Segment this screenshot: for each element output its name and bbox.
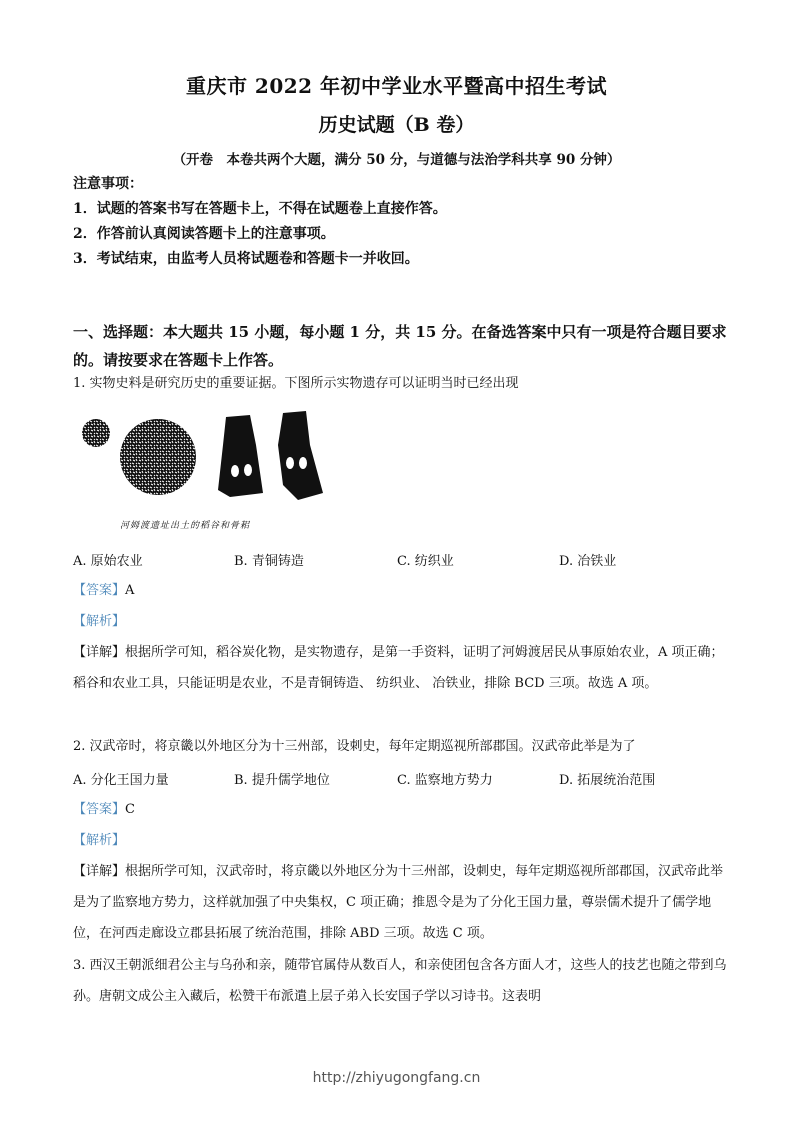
option-b: B. 青铜铸造 bbox=[234, 550, 304, 569]
question-1-figure: 河姆渡遗址出土的稻谷和骨耜 bbox=[78, 405, 348, 535]
option-c: C. 纺织业 bbox=[397, 550, 454, 569]
detail-text: 根据所学可知，汉武帝时，将京畿以外地区分为十三州部，设刺史，每年定期巡视所部郡国… bbox=[73, 864, 723, 941]
option-b: B. 提升儒学地位 bbox=[234, 769, 330, 788]
question-1-answer: 【答案】A bbox=[73, 575, 735, 606]
option-a: A. 分化王国力量 bbox=[73, 769, 169, 788]
detail-label: 【详解】 bbox=[73, 645, 125, 660]
answer-label: 【答案】 bbox=[73, 583, 125, 598]
exam-note: （开卷 本卷共两个大题，满分 50 分，与道德与法治学科共享 90 分钟） bbox=[0, 148, 793, 168]
analysis-label: 【解析】 bbox=[73, 614, 125, 629]
option-d: D. 冶铁业 bbox=[559, 550, 616, 569]
answer-value: A bbox=[125, 583, 134, 598]
rice-and-bone-tools-image bbox=[78, 405, 348, 515]
question-3-stem: 3. 西汉王朝派细君公主与乌孙和亲，随带官属侍从数百人，和亲使团包含各方面人才，… bbox=[73, 950, 735, 1012]
section-heading: 一、选择题：本大题共 15 小题，每小题 1 分，共 15 分。在备选答案中只有… bbox=[73, 318, 733, 374]
detail-label: 【详解】 bbox=[73, 864, 125, 879]
question-1-detail: 【详解】根据所学可知，稻谷炭化物，是实物遗存，是第一手资料，证明了河姆渡居民从事… bbox=[73, 637, 735, 699]
question-1-analysis-label: 【解析】 bbox=[73, 606, 735, 637]
footer-url: http://zhiyugongfang.cn bbox=[0, 1070, 793, 1086]
notice-item: 3．考试结束，由监考人员将试题卷和答题卡一并收回。 bbox=[73, 247, 447, 272]
notice-item: 1．试题的答案书写在答题卡上，不得在试题卷上直接作答。 bbox=[73, 197, 447, 222]
analysis-label: 【解析】 bbox=[73, 833, 125, 848]
option-a: A. 原始农业 bbox=[73, 550, 143, 569]
answer-label: 【答案】 bbox=[73, 802, 125, 817]
question-2-stem: 2. 汉武帝时，将京畿以外地区分为十三州部，设刺史，每年定期巡视所部郡国。汉武帝… bbox=[73, 731, 735, 762]
option-d: D. 拓展统治范围 bbox=[559, 769, 655, 788]
exam-title: 重庆市 2022 年初中学业水平暨高中招生考试 bbox=[0, 70, 793, 99]
notices-heading: 注意事项： bbox=[73, 172, 447, 197]
answer-value: C bbox=[125, 802, 135, 817]
option-c: C. 监察地方势力 bbox=[397, 769, 493, 788]
question-1-stem: 1. 实物史料是研究历史的重要证据。下图所示实物遗存可以证明当时已经出现 bbox=[73, 368, 735, 399]
exam-subtitle: 历史试题（B 卷） bbox=[0, 110, 793, 137]
question-2-detail: 【详解】根据所学可知，汉武帝时，将京畿以外地区分为十三州部，设刺史，每年定期巡视… bbox=[73, 856, 735, 949]
question-2-analysis-label: 【解析】 bbox=[73, 825, 735, 856]
notice-item: 2．作答前认真阅读答题卡上的注意事项。 bbox=[73, 222, 447, 247]
notices: 注意事项： 1．试题的答案书写在答题卡上，不得在试题卷上直接作答。 2．作答前认… bbox=[73, 172, 447, 272]
question-2-answer: 【答案】C bbox=[73, 794, 735, 825]
detail-text: 根据所学可知，稻谷炭化物，是实物遗存，是第一手资料，证明了河姆渡居民从事原始农业… bbox=[73, 645, 724, 691]
figure-caption: 河姆渡遗址出土的稻谷和骨耜 bbox=[120, 518, 250, 531]
